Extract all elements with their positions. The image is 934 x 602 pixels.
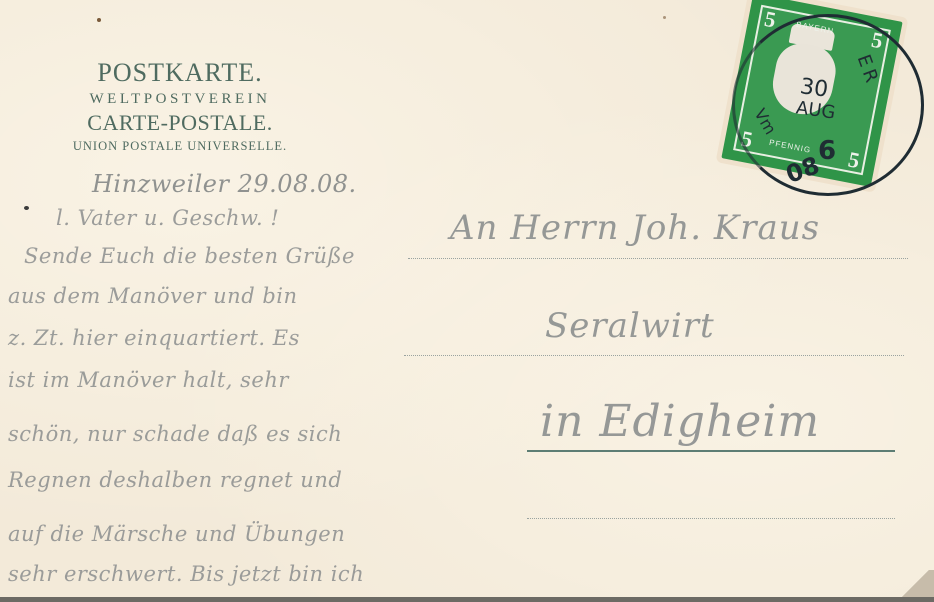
address-line-1-rule xyxy=(408,258,908,259)
bottom-edge xyxy=(0,597,934,602)
message-line: auf die Märsche und Übungen xyxy=(8,522,345,546)
address-occupation: Seralwirt xyxy=(545,306,715,346)
title-union-postale: UNION POSTALE UNIVERSELLE. xyxy=(30,136,330,156)
message-line: schön, nur schade daß es sich xyxy=(8,422,342,446)
address-town: in Edigheim xyxy=(540,396,820,447)
postcard-header: POSTKARTE. WELTPOSTVEREIN CARTE-POSTALE.… xyxy=(30,58,330,156)
address-line-2-rule xyxy=(404,355,904,356)
message-line: l. Vater u. Geschw. ! xyxy=(56,206,279,230)
corner-crease xyxy=(895,570,934,598)
paper-spot xyxy=(97,18,101,22)
address-recipient: An Herrn Joh. Kraus xyxy=(450,208,820,248)
address-line-3-rule xyxy=(527,450,895,452)
paper-spot xyxy=(24,206,29,210)
message-line: ist im Manöver halt, sehr xyxy=(8,368,289,392)
message-line: aus dem Manöver und bin xyxy=(8,284,298,308)
title-postkarte: POSTKARTE. xyxy=(30,58,330,88)
address-line-4-rule xyxy=(527,518,895,519)
title-carte-postale: CARTE-POSTALE. xyxy=(30,110,330,136)
message-line: z. Zt. hier einquartiert. Es xyxy=(8,326,300,350)
paper-spot xyxy=(663,16,666,19)
title-weltpostverein: WELTPOSTVEREIN xyxy=(30,88,330,110)
message-dateline: Hinzweiler 29.08.08. xyxy=(92,170,357,198)
postmark-time: 6 xyxy=(818,136,836,166)
postcard-back: POSTKARTE. WELTPOSTVEREIN CARTE-POSTALE.… xyxy=(0,0,934,598)
message-line: Regnen deshalben regnet und xyxy=(8,468,342,492)
message-line: sehr erschwert. Bis jetzt bin ich xyxy=(8,562,364,586)
message-line: Sende Euch die besten Grüße xyxy=(24,244,355,268)
